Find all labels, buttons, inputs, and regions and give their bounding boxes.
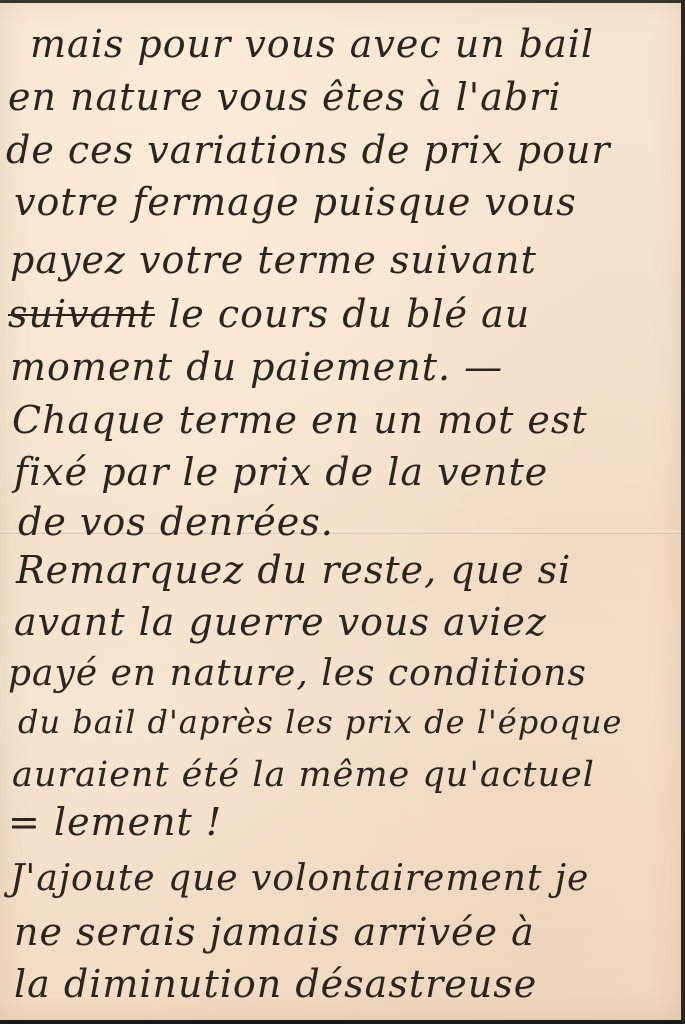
text-line-16: = lement ! xyxy=(8,800,222,844)
text-line-13: payé en nature, les conditions xyxy=(8,653,587,694)
text-line-1: mais pour vous avec un bail xyxy=(30,22,594,66)
text-line-18: ne serais jamais arrivée à xyxy=(14,910,535,954)
scan-edge-right xyxy=(681,0,685,1024)
handwritten-text-block: mais pour vous avec un bail en nature vo… xyxy=(0,0,682,1020)
letter-page: mais pour vous avec un bail en nature vo… xyxy=(0,0,682,1020)
text-line-12: avant la guerre vous aviez xyxy=(14,600,547,644)
text-line-10: de vos denrées. xyxy=(18,500,334,544)
struck-word: suivant xyxy=(8,292,155,336)
text-line-15: auraient été la même qu'actuel xyxy=(12,755,595,795)
text-line-5: payez votre terme suivant xyxy=(10,238,537,282)
text-line-14: du bail d'après les prix de l'époque xyxy=(18,703,622,741)
text-line-19: la diminution désastreuse xyxy=(14,962,537,1006)
text-line-4: votre fermage puisque vous xyxy=(14,180,577,224)
text-line-17: J'ajoute que volontairement je xyxy=(10,858,589,899)
text-line-9: fixé par le prix de la vente xyxy=(14,450,548,494)
text-line-2: en nature vous êtes à l'abri xyxy=(8,75,562,119)
text-line-7: moment du paiement. — xyxy=(10,345,503,389)
text-line-6: suivant le cours du blé au xyxy=(8,292,530,336)
text-line-3: de ces variations de prix pour xyxy=(6,128,611,172)
text-line-11: Remarquez du reste, que si xyxy=(16,548,571,592)
text-line-6-rest: le cours du blé au xyxy=(168,292,530,336)
text-line-8: Chaque terme en un mot est xyxy=(12,398,588,442)
